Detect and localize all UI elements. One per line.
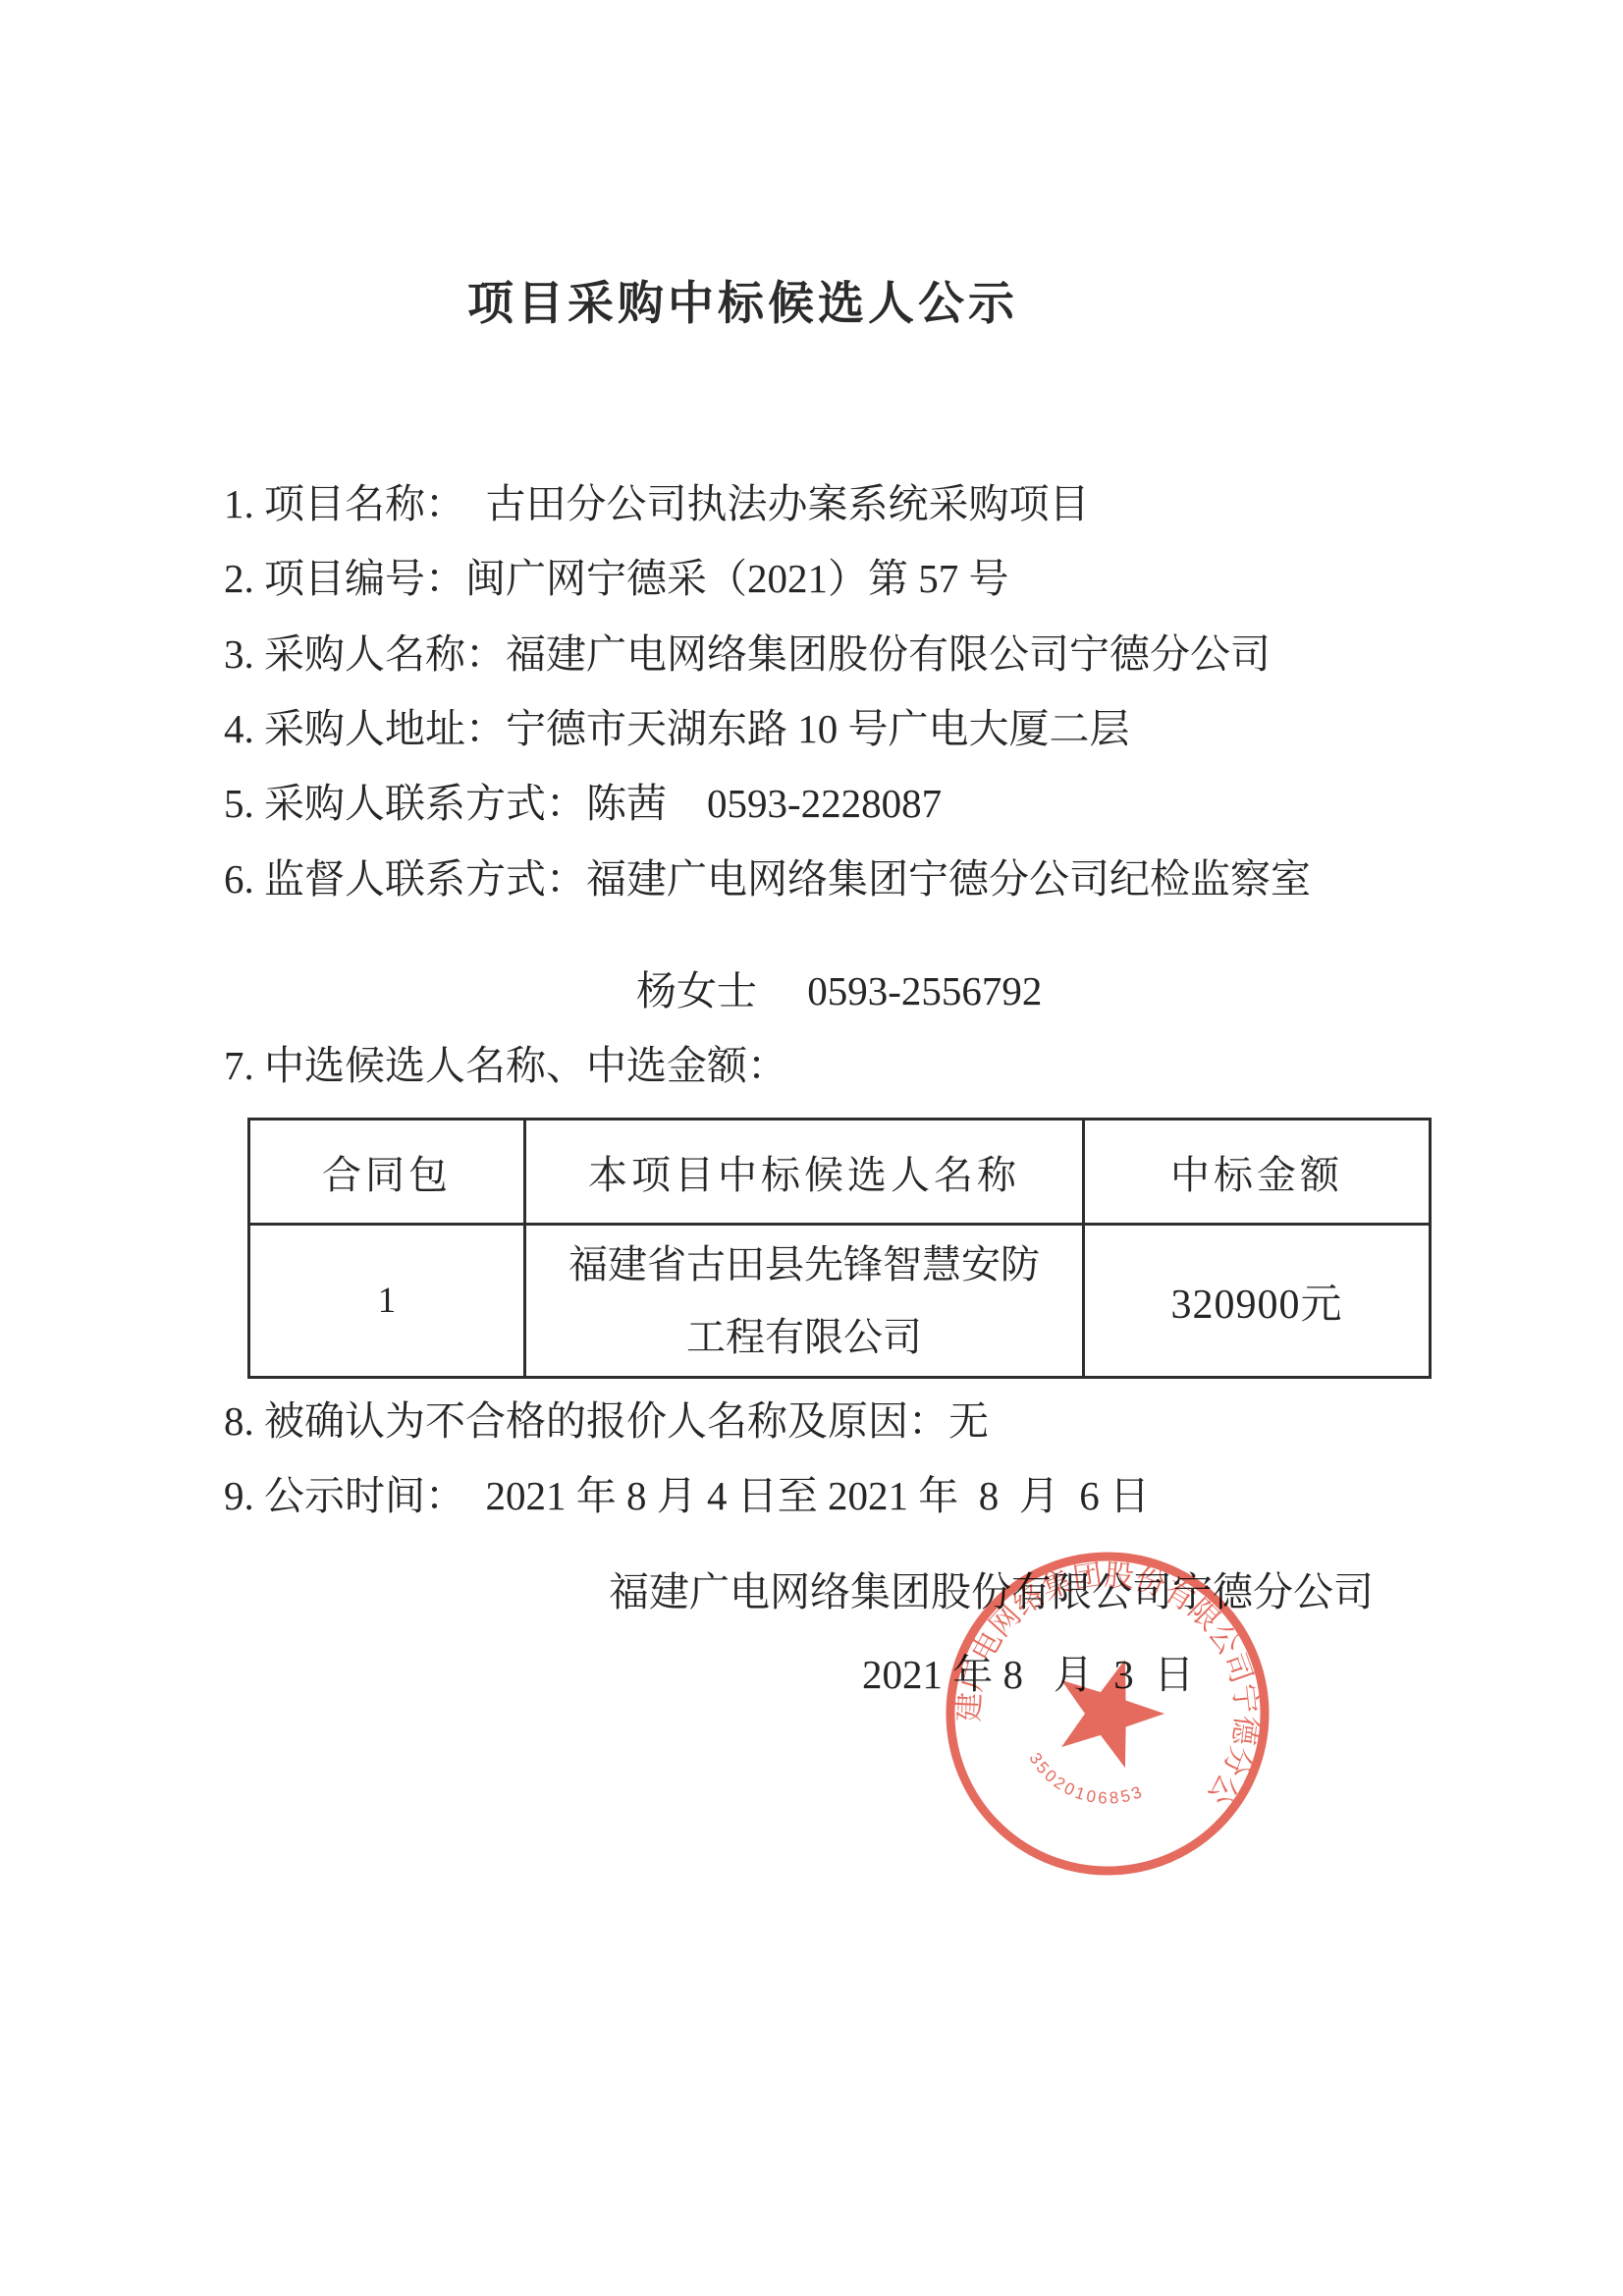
list-item-publicity-period: 9. 公示时间： 2021 年 8 月 4 日至 2021 年 8 月 6 日	[224, 1473, 1150, 1519]
document-title: 项目采购中标候选人公示	[0, 267, 1554, 333]
list-item-disqualified: 8. 被确认为不合格的报价人名称及原因：无	[224, 1398, 989, 1445]
candidate-name-line2: 工程有限公司	[526, 1301, 1082, 1374]
list-item-purchaser-address: 4. 采购人地址：宁德市天湖东路 10 号广电大厦二层	[224, 706, 1130, 752]
candidate-name-line1: 福建省古田县先锋智慧安防	[526, 1229, 1082, 1301]
document-page: 项目采购中标候选人公示 1. 项目名称： 古田分公司执法办案系统采购项目 2. …	[0, 0, 1623, 2296]
seal-code-text: 35020106853	[1018, 1746, 1152, 1823]
supervisor-contact-line2: 杨女士 0593-2556792	[636, 968, 1042, 1014]
cell-bid-amount: 320900元	[1084, 1225, 1431, 1378]
table-row: 1 福建省古田县先锋智慧安防 工程有限公司 320900元	[249, 1225, 1431, 1378]
candidate-table: 合同包 本项目中标候选人名称 中标金额 1 福建省古田县先锋智慧安防 工程有限公…	[247, 1118, 1432, 1379]
list-item-project-number: 2. 项目编号：闽广网宁德采（2021）第 57 号	[224, 556, 1009, 602]
list-item-project-name: 1. 项目名称： 古田分公司执法办案系统采购项目	[224, 481, 1090, 527]
list-item-purchaser-name: 3. 采购人名称：福建广电网络集团股份有限公司宁德分公司	[224, 631, 1271, 678]
header-candidate: 本项目中标候选人名称	[525, 1120, 1084, 1225]
signature-company: 福建广电网络集团股份有限公司宁德分公司	[609, 1559, 1374, 1617]
seal-code-arc-text: 35020106853	[1018, 1746, 1152, 1823]
cell-package-no: 1	[249, 1225, 525, 1378]
list-item-supervisor-contact: 6. 监督人联系方式：福建广电网络集团宁德分公司纪检监察室	[224, 856, 1311, 902]
table-header-row: 合同包 本项目中标候选人名称 中标金额	[249, 1120, 1431, 1225]
signature-date: 2021 年 8 月 3 日	[862, 1642, 1194, 1700]
list-item-candidate-heading: 7. 中选候选人名称、中选金额：	[224, 1043, 787, 1089]
list-item-purchaser-contact: 5. 采购人联系方式：陈茜 0593-2228087	[224, 781, 942, 827]
cell-candidate-name: 福建省古田县先锋智慧安防 工程有限公司	[525, 1225, 1084, 1378]
header-amount: 中标金额	[1084, 1120, 1431, 1225]
header-package: 合同包	[249, 1120, 525, 1225]
